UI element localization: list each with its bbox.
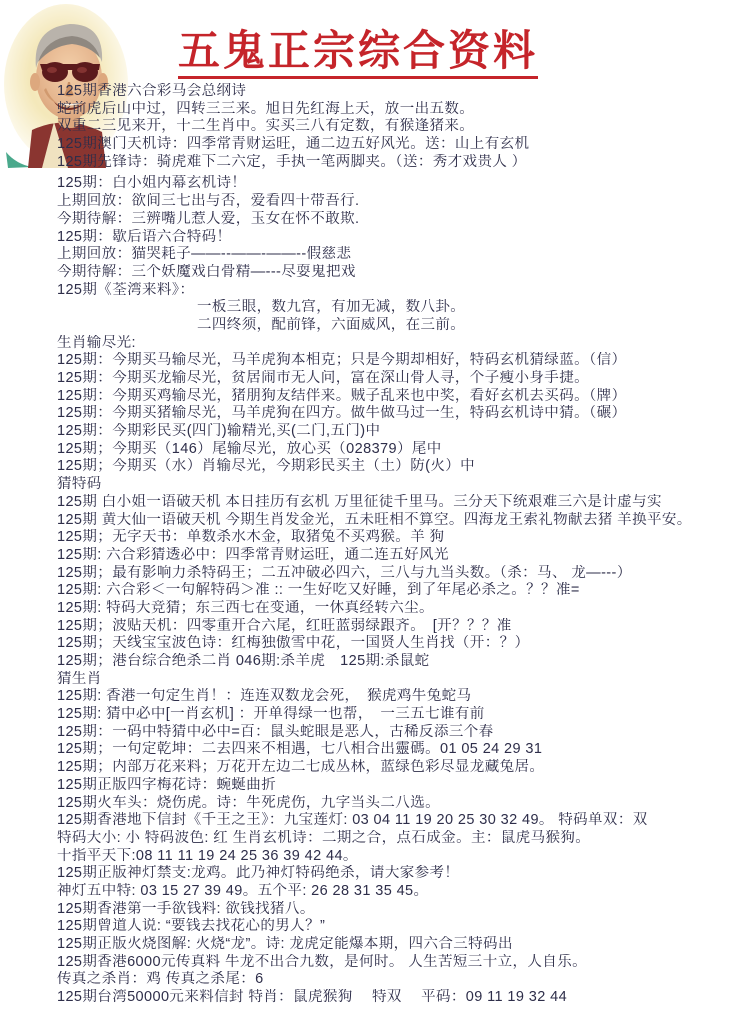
text-line: 125期：歇后语六合特码！ [0, 229, 736, 247]
text-line: 125期正版火烧图解: 火烧“龙”。诗: 龙虎定能爆本期，四六合三特码出 [0, 936, 736, 954]
text-line: 特码大小: 小 特码波色: 红 生肖玄机诗：二期之合，点石成金。主：鼠虎马猴狗。 [0, 830, 736, 848]
text-line: 双重二三见来开，十二生肖中。实买三八有定数，有猴逢猪来。 [0, 118, 736, 136]
text-line: 125期：白小姐内幕玄机诗！ [0, 175, 736, 193]
text-line: 125期曾道人说: “要钱去找花心的男人？” [0, 918, 736, 936]
text-line: 125期《荃湾来料》： [0, 282, 736, 300]
text-line: 125期：今期彩民买(四门)输精光,买(二门,五门)中 [0, 423, 736, 441]
text-line: 上期回放：猫哭耗子——--——-——--假慈悲 [0, 246, 736, 264]
text-line: 125期；波贴天机：四零重开合六尾，红旺蓝弱绿跟齐。 [开？？？准 [0, 618, 736, 636]
text-line: 125期正版神灯禁支:龙鸡。此乃神灯特码绝杀，请大家参考！ [0, 865, 736, 883]
text-line: 今期待解：三个妖魔戏白骨精—---尽耍鬼把戏 [0, 264, 736, 282]
text-line: 125期：一码中特猜中必中=百：鼠头蛇眼是恶人，古稀反添三个春 [0, 724, 736, 742]
text-line: 125期；内部万花来料；万花开左边二七成丛林，蓝绿色彩尽显龙藏兔居。 [0, 759, 736, 777]
text-line: 125期台湾50000元来料信封 特肖：鼠虎猴狗 特双 平码：09 11 19 … [0, 989, 736, 1007]
text-line: 猜生肖 [0, 671, 736, 689]
text-line: 125期香港6000元传真料 牛龙不出合九数，是何时。 人生苦短三十立，人自乐。 [0, 954, 736, 972]
text-line: 生肖输尽光: [0, 335, 736, 353]
text-line: 125期；港台综合绝杀二肖 046期:杀羊虎 125期:杀鼠蛇 [0, 653, 736, 671]
text-line: 上期回放：欲间三七出与否，爱看四十带吾行. [0, 193, 736, 211]
text-line: 二四终须，配前锋，六面威风，在三前。 [0, 317, 736, 335]
text-line: 125期；今期买（水）肖输尽光，今期彩民买主（土）防(火）中 [0, 458, 736, 476]
text-line: 125期: 猜中必中[一肖玄机] ：开单得绿一也帮， 一三五七谁有前 [0, 706, 736, 724]
page-title: 五鬼正宗综合资料 [178, 28, 538, 79]
page-root: 五鬼正宗综合资料 125期香港六合彩马会总纲诗蛇前虎后山中过，四转三三来。旭日先… [0, 0, 736, 1015]
text-line: 125期香港第一手欲钱料: 欲钱找猪八。 [0, 901, 736, 919]
text-line: 125期 白小姐一语破天机 本日挂历有玄机 万里征徒千里马。三分天下统艰难三六是… [0, 494, 736, 512]
text-line: 125期；最有影响力杀特码王；二五冲破必四六，三八与九当头数。（杀：马、 龙—-… [0, 565, 736, 583]
text-line: 125期正版四字梅花诗：蜿蜒曲折 [0, 777, 736, 795]
text-line: 十指平天下:08 11 11 19 24 25 36 39 42 44。 [0, 848, 736, 866]
content-lines: 125期香港六合彩马会总纲诗蛇前虎后山中过，四转三三来。旭日先红海上天，放一出五… [0, 83, 736, 1007]
text-line: 125期；天线宝宝波色诗：红梅独傲雪中花，一国贤人生肖找（开：？） [0, 635, 736, 653]
text-line: 125期火车头：烧伤虎。诗：牛死虎伤，九字当头二八选。 [0, 795, 736, 813]
text-line: 125期: 香港一句定生肖！：连连双数龙会死， 猴虎鸡牛兔蛇马 [0, 688, 736, 706]
text-line: 125期: 特码大竞猜；东三西七在变通，一休真经转六尘。 [0, 600, 736, 618]
text-line: 传真之杀肖：鸡 传真之杀尾：6 [0, 971, 736, 989]
text-line: 125期香港地下信封《千王之王》：九宝莲灯: 03 04 11 19 20 25… [0, 812, 736, 830]
text-line: 125期；今期买（146）尾输尽光，放心买（028379）尾中 [0, 441, 736, 459]
text-line: 125期：今期买猪输尽光，马羊虎狗在四方。做牛做马过一生，特码玄机诗中猜。（碾） [0, 405, 736, 423]
text-line: 125期澳门天机诗：四季常青财运旺，通二边五好风光。送：山上有玄机 [0, 136, 736, 154]
text-line: 125期；一句定乾坤：二去四来不相遇，七八相合出靈碼。01 05 24 29 3… [0, 741, 736, 759]
text-line: 125期：今期买鸡输尽光，猪朋狗友结伴来。贼子乱来也中奖，看好玄机去买码。（牌） [0, 388, 736, 406]
text-line: 125期先锋诗：骑虎难下二六定，手执一笔两脚夹。（送：秀才戏贵人 ） [0, 154, 736, 172]
text-line: 125期：今期买龙输尽光，贫居闹市无人问，富在深山骨人寻，个子瘦小身手捷。 [0, 370, 736, 388]
text-line: 125期: 六合彩猜透必中：四季常青财运旺，通二连五好风光 [0, 547, 736, 565]
text-line: 神灯五中特: 03 15 27 39 49。五个平: 26 28 31 35 4… [0, 883, 736, 901]
text-line: 125期: 六合彩＜一句解特码＞准 :: 一生好吃又好睡，到了年尾必杀之。？？准… [0, 582, 736, 600]
text-line: 125期；无字天书：单数杀水木金，取猪兔不买鸡猴。羊 狗 [0, 529, 736, 547]
text-line: 125期：今期买马输尽光，马羊虎狗本相克；只是今期却相好，特码玄机猜绿蓝。（信） [0, 352, 736, 370]
text-line: 125期 黄大仙一语破天机 今期生肖发金光，五未旺相不算空。四海龙王索礼物献去猪… [0, 512, 736, 530]
text-line: 猜特码 [0, 476, 736, 494]
text-line: 一板三眼，数九宫，有加无减，数八卦。 [0, 299, 736, 317]
text-line: 125期香港六合彩马会总纲诗 [0, 83, 736, 101]
text-line: 蛇前虎后山中过，四转三三来。旭日先红海上天，放一出五数。 [0, 101, 736, 119]
text-line: 今期待解：三辨嘴儿惹人爱，玉女在怀不敢欺. [0, 211, 736, 229]
